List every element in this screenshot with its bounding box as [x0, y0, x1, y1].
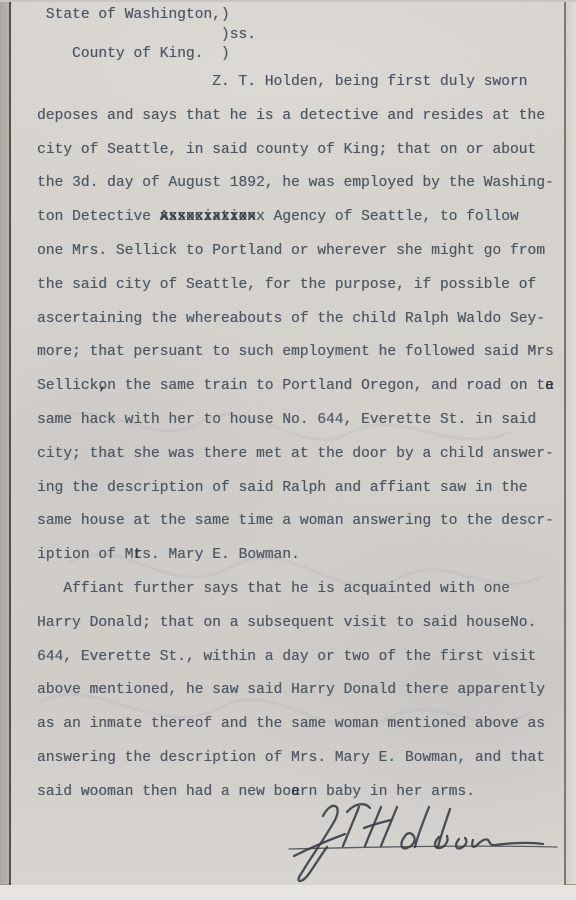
document-line: ascertaining the whereabouts of the chil… — [37, 303, 564, 337]
photo-right-edge — [566, 0, 576, 900]
affidavit-body: Z. T. Holden, being first duly sworndepo… — [11, 66, 564, 810]
signature-z-t-holden — [279, 794, 571, 888]
document-line: city; that she was there met at the door… — [37, 438, 564, 472]
document-line: Z. T. Holden, being first duly sworn — [37, 66, 564, 100]
document-line: same house at the same time a woman answ… — [37, 505, 564, 539]
caption-line: )ss. — [37, 26, 564, 46]
overstruck-text: ae — [545, 370, 554, 404]
document-line: city of Seattle, in said county of King;… — [37, 134, 564, 168]
document-line: answering the description of Mrs. Mary E… — [37, 742, 564, 776]
document-line: the 3d. day of August 1892, he was emplo… — [37, 167, 564, 201]
document-line: Harry Donald; that on a subsequent visit… — [37, 607, 564, 641]
document-line: more; that persuant to such employment h… — [37, 336, 564, 370]
caption-line: County of King. ) — [37, 45, 564, 65]
document-line: same hack with her to house No. 644, Eve… — [37, 404, 564, 438]
document-line: ing the description of said Ralph and af… — [37, 472, 564, 506]
document-line: Sellicko,n the same train to Portland Or… — [37, 370, 564, 404]
document-line: iption of Mrts. Mary E. Bowman. — [37, 539, 564, 573]
caption-line: State of Washington,) — [37, 6, 564, 26]
document-line: the said city of Seattle, for the purpos… — [37, 269, 564, 303]
document-line: 644, Everette St., within a day or two o… — [37, 641, 564, 675]
document-line: one Mrs. Sellick to Portland or wherever… — [37, 235, 564, 269]
document-line: Affiant further says that he is acquaint… — [37, 573, 564, 607]
document-line: deposes and says that he is a detective … — [37, 100, 564, 134]
document-line: above mentioned, he saw said Harry Donal… — [37, 674, 564, 708]
photo-left-edge — [0, 0, 9, 900]
document-photo: State of Washington,) )ss. County of Kin… — [0, 0, 576, 900]
overstruck-text: o, — [98, 370, 107, 404]
venue-caption: State of Washington,) )ss. County of Kin… — [11, 6, 564, 65]
overstruck-text: Associationxxxxxxxxxxx — [160, 201, 256, 235]
document-line: as an inmate thereof and the same woman … — [37, 708, 564, 742]
overstruck-text: rt — [133, 539, 142, 573]
affidavit-page: State of Washington,) )ss. County of Kin… — [9, 2, 566, 885]
document-line: ton Detective Associationxxxxxxxxxxxx Ag… — [37, 201, 564, 235]
